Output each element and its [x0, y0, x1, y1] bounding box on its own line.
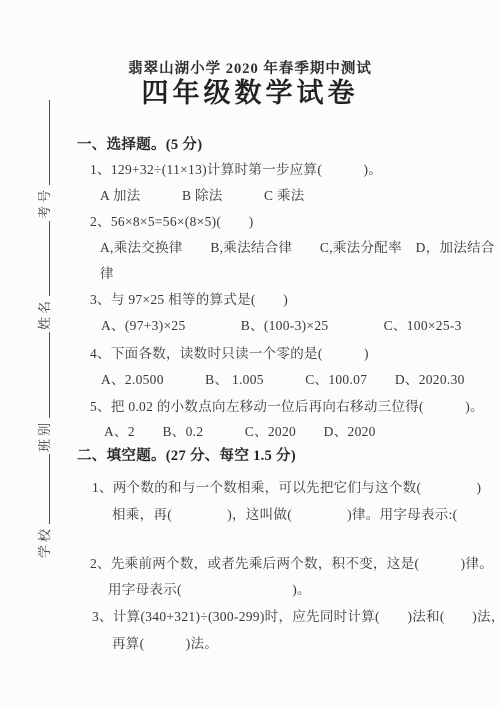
fill-q1-line1: 1、两个数的和与一个数相乘，可以先把它们与这个数( ): [92, 479, 481, 497]
choice-q2-options: A,乘法交换律 B,乘法结合律 C,乘法分配率 D，加法结合: [100, 239, 495, 257]
exam-number-blank-line: [35, 100, 50, 185]
choice-q3-options: A、(97+3)×25 B、(100-3)×25 C、100×25-3: [101, 317, 462, 335]
class-blank-line: [35, 332, 50, 418]
choice-q3-text: 3、与 97×25 相等的算式是( ): [90, 291, 288, 309]
name-label: 姓名: [37, 296, 52, 332]
exam-number-label: 考号: [37, 185, 52, 221]
choice-q2-text: 2、56×8×5=56×(8×5)( ): [90, 213, 254, 231]
school-test-header: 翡翠山湖小学 2020 年春季期中测试: [30, 60, 470, 78]
exam-paper-page: 学校 班别 姓名 考号 翡翠山湖小学 2020 年春季期中测试 四年级数学试卷 …: [0, 0, 500, 708]
choice-q5-options: A、2 B、0.2 C、2020 D、2020: [104, 423, 376, 441]
choice-q2-options-wrap: 律: [100, 265, 114, 283]
choice-section-heading: 一、选择题。(5 分): [77, 136, 202, 154]
name-blank-line: [35, 221, 50, 296]
choice-q1-text: 1、129+32÷(11×13)计算时第一步应算( )。: [90, 161, 382, 179]
school-label: 学校: [37, 524, 52, 560]
choice-q1-options: A 加法 B 除法 C 乘法: [100, 187, 305, 205]
choice-q4-text: 4、下面各数，读数时只读一个零的是( ): [90, 345, 369, 363]
fill-q2-line2: 用字母表示( )。: [108, 581, 311, 599]
fill-q3-line2: 再算( )法。: [112, 635, 218, 653]
fill-section-heading: 二、填空题。(27 分、每空 1.5 分): [77, 447, 296, 465]
school-blank-line: [35, 454, 50, 524]
fill-q3-line1: 3、计算(340+321)÷(300-299)时，应先同时计算( )法和( )法…: [92, 608, 500, 626]
seal-line-inner: 学校 班别 姓名 考号: [20, 88, 52, 560]
seal-line-margin: 学校 班别 姓名 考号: [20, 88, 52, 560]
paper-title: 四年级数学试卷: [30, 84, 470, 102]
fill-q1-line2: 相乘，再( )，这叫做( )律。用字母表示:(: [112, 506, 457, 524]
choice-q4-options: A、2.0500 B、 1.005 C、100.07 D、2020.30: [101, 371, 465, 389]
choice-q5-text: 5、把 0.02 的小数点向左移动一位后再向右移动三位得( )。: [90, 398, 484, 416]
fill-q2-line1: 2、先乘前两个数，或者先乘后两个数，积不变，这是( )律。: [90, 555, 493, 573]
class-label: 班别: [37, 418, 52, 454]
